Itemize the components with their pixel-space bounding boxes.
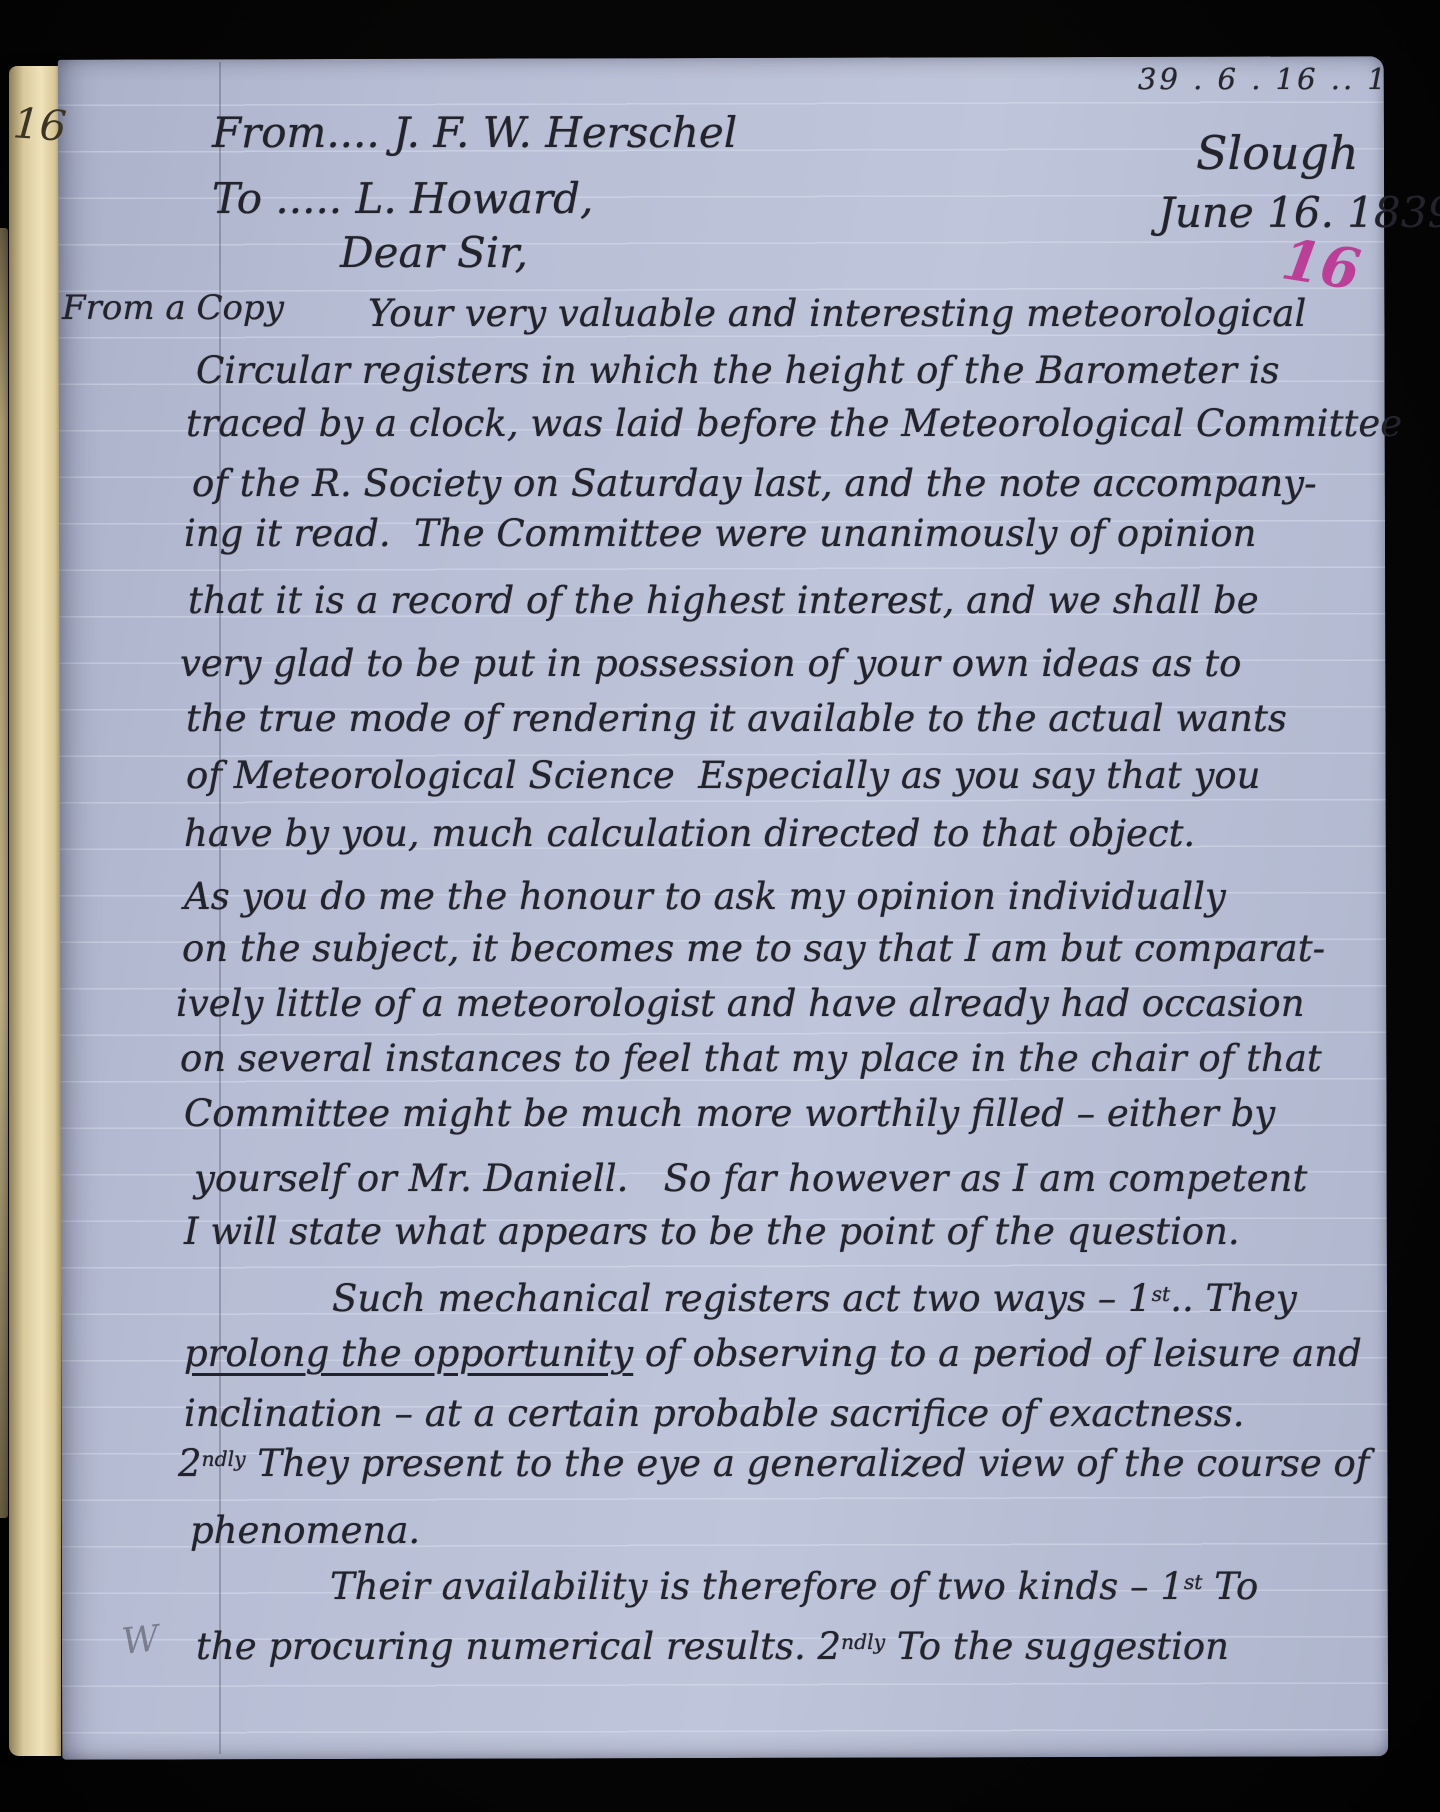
salutation: Dear Sir,: [340, 228, 528, 277]
book-edge: [9, 66, 61, 1756]
letter-line: ively little of a meteorologist and have…: [176, 982, 1305, 1026]
letter-line: As you do me the honour to ask my opinio…: [184, 875, 1226, 919]
place-line: Slough: [1196, 126, 1359, 180]
margin-note: From a Copy: [62, 288, 284, 328]
archive-reference: 39 . 6 . 16 .. 1: [1138, 62, 1389, 96]
letter-line: Their availability is therefore of two k…: [330, 1565, 1258, 1609]
stacked-pages-edge: [0, 228, 8, 1518]
to-line: To ..... L. Howard,: [212, 174, 593, 223]
letter-line: of the R. Society on Saturday last, and …: [192, 462, 1317, 506]
letter-line: Your very valuable and interesting meteo…: [368, 292, 1306, 336]
letter-line: the procuring numerical results. 2ndly T…: [196, 1625, 1229, 1669]
pencil-mark: W: [120, 1618, 161, 1663]
letter-line: Such mechanical registers act two ways –…: [332, 1277, 1297, 1321]
letter-line: on the subject, it becomes me to say tha…: [182, 927, 1325, 971]
letter-line: have by you, much calculation directed t…: [184, 812, 1195, 856]
letter-line: very glad to be put in possession of you…: [180, 642, 1241, 686]
letter-line: traced by a clock, was laid before the M…: [186, 402, 1402, 446]
letter-line: of Meteorological Science Especially as …: [186, 754, 1261, 798]
from-line: From.... J. F. W. Herschel: [212, 108, 737, 157]
letter-line: ing it read. The Committee were unanimou…: [184, 512, 1257, 556]
letter-line: prolong the opportunity of observing to …: [184, 1332, 1362, 1376]
edge-page-number: 16: [11, 98, 68, 151]
letter-line: the true mode of rendering it available …: [186, 697, 1287, 741]
letter-line: yourself or Mr. Daniell. So far however …: [194, 1157, 1307, 1201]
letter-line: phenomena.: [190, 1509, 420, 1553]
letter-line: Circular registers in which the height o…: [196, 349, 1279, 393]
manuscript-scan: { "page": { "archive_ref": "39 . 6 . 16 …: [0, 0, 1440, 1812]
letter-line: inclination – at a certain probable sacr…: [184, 1392, 1244, 1436]
letter-line: Committee might be much more worthily fi…: [184, 1092, 1275, 1136]
letter-line: that it is a record of the highest inter…: [188, 579, 1259, 623]
letter-line: I will state what appears to be the poin…: [184, 1210, 1240, 1254]
letter-line: on several instances to feel that my pla…: [180, 1037, 1322, 1081]
letter-line: 2ndly They present to the eye a generali…: [178, 1442, 1370, 1486]
